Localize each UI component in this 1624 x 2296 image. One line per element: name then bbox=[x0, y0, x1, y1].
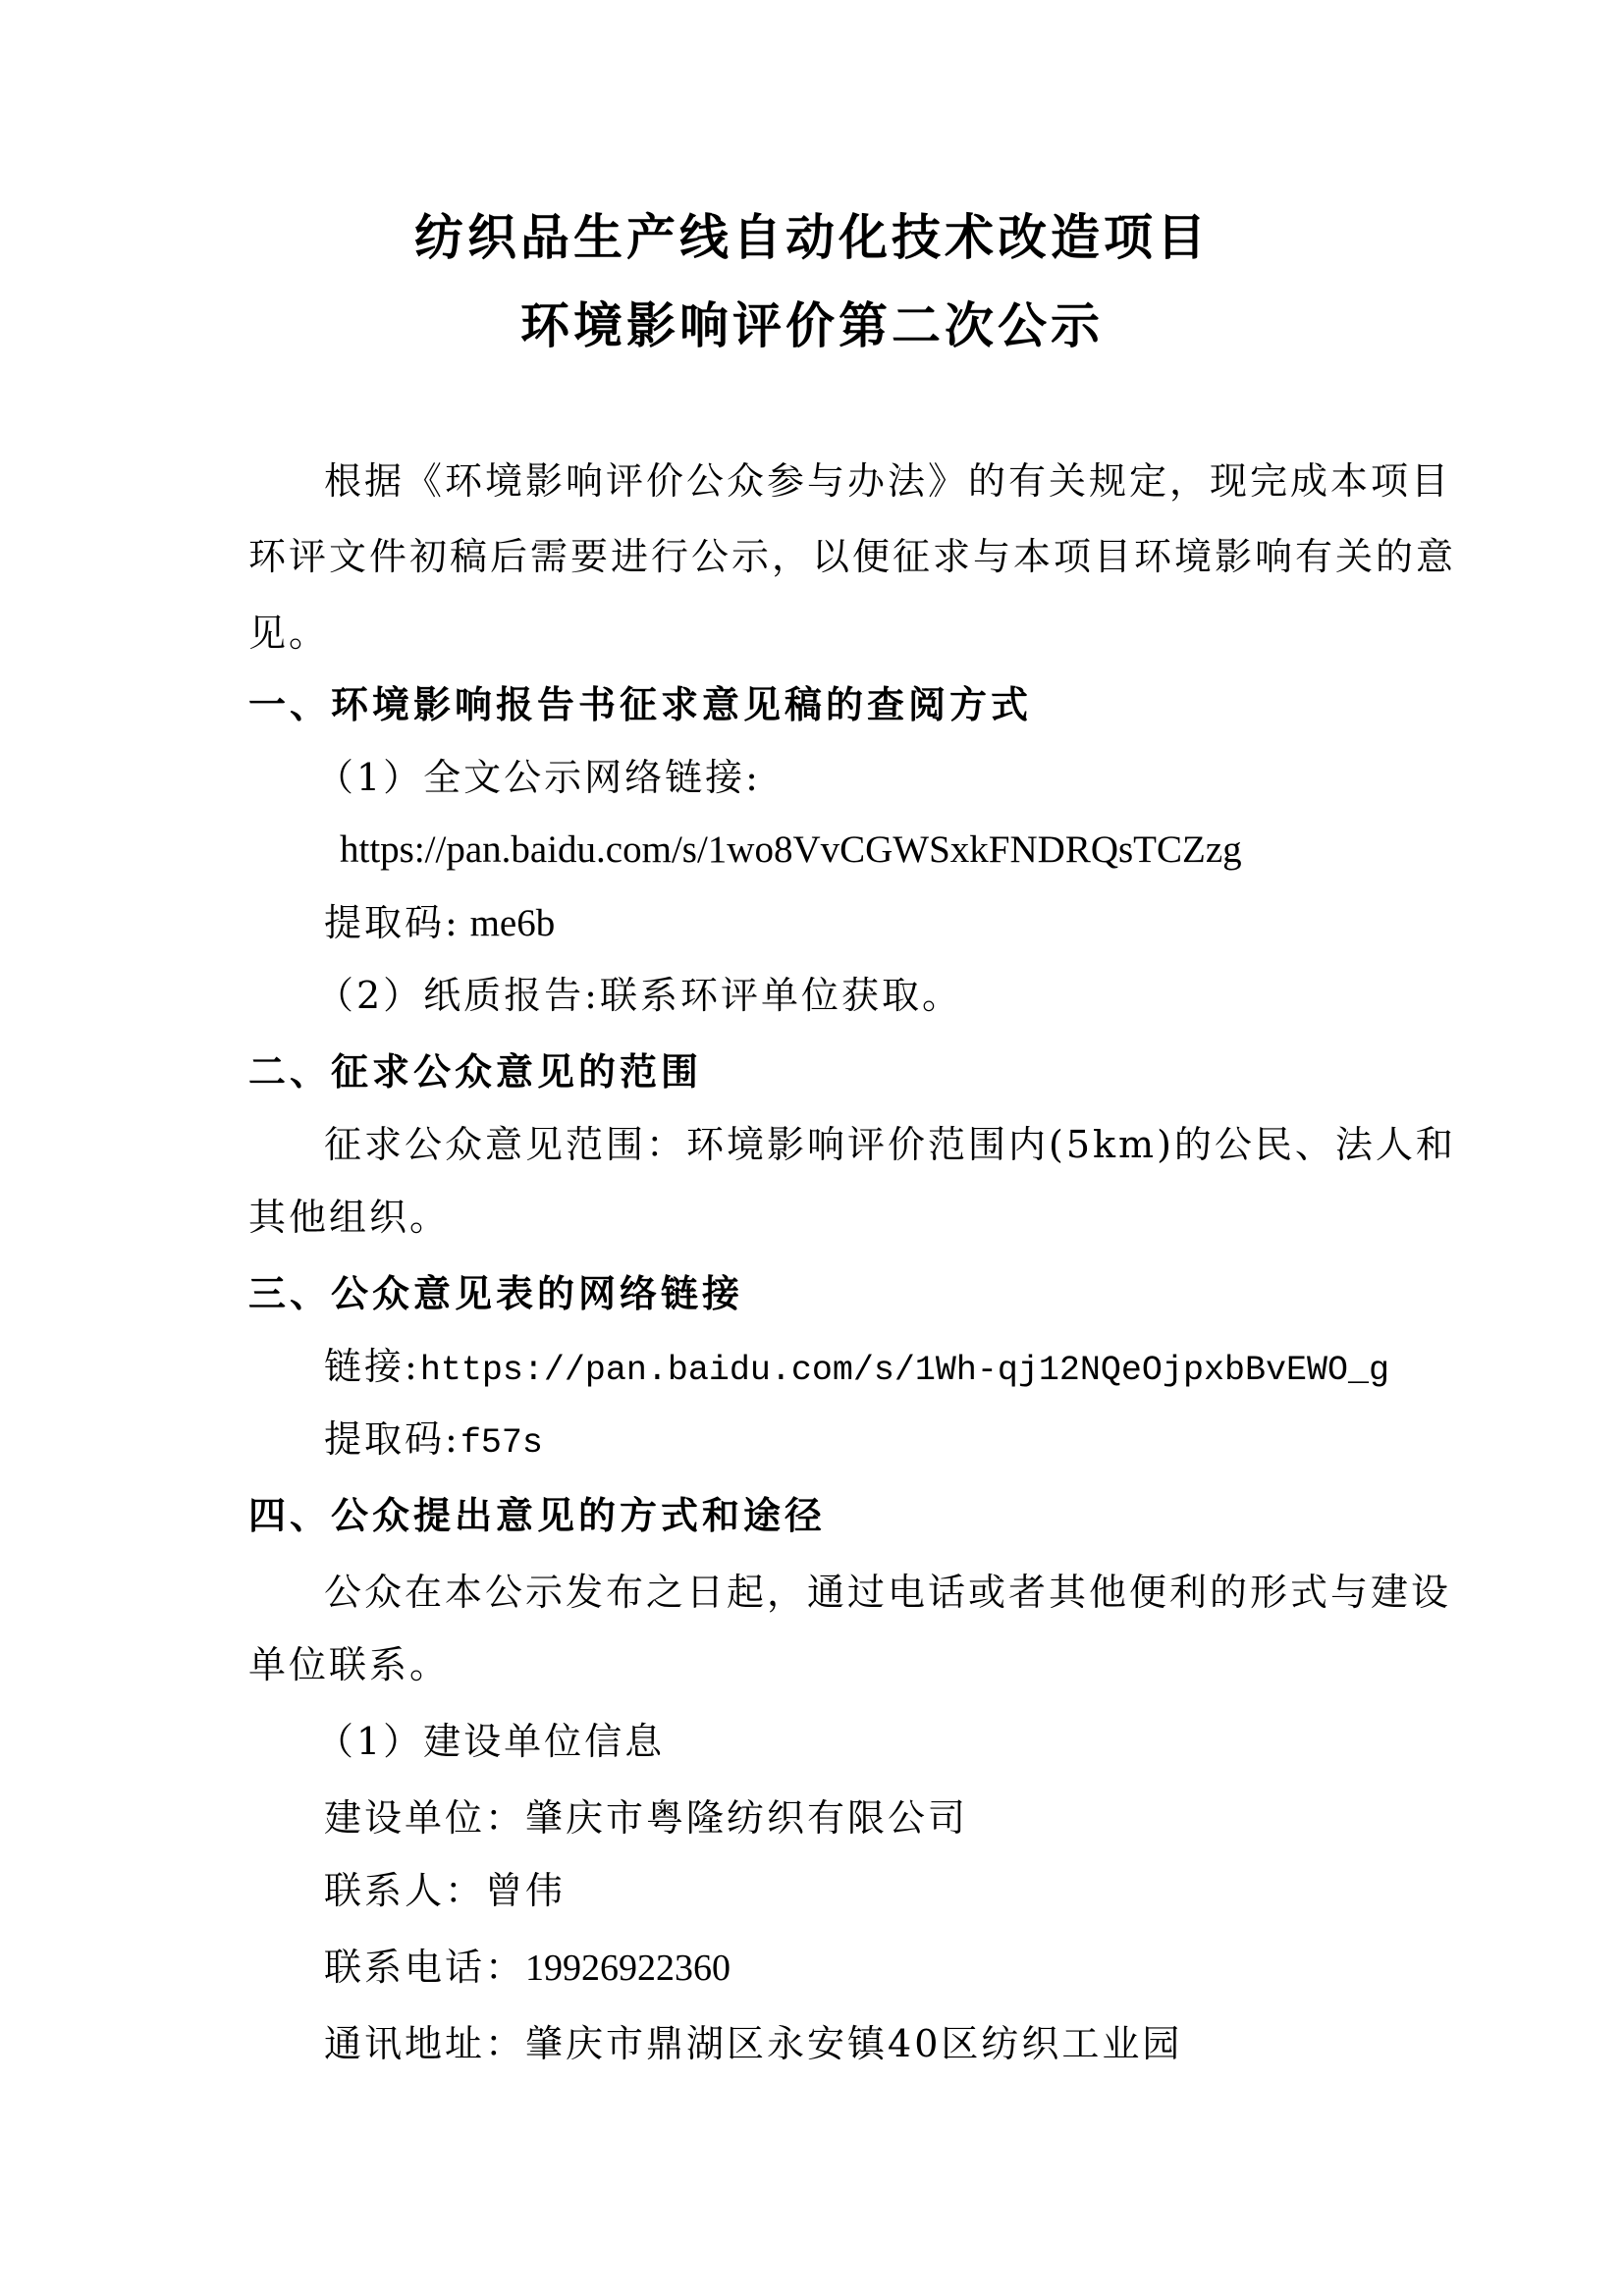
section1-heading: 一、环境影响报告书征求意见稿的查阅方式 bbox=[248, 681, 1032, 728]
section2-line1: 征求公众意见范围：环境影响评价范围内(5km)的公民、法人和 bbox=[324, 1121, 1456, 1168]
intro-line2: 环评文件初稿后需要进行公示，以便征求与本项目环境影响有关的意 bbox=[248, 533, 1456, 580]
extraction-code-value: f57s bbox=[460, 1423, 543, 1463]
construction-unit: 建设单位：肇庆市粤隆纺织有限公司 bbox=[324, 1794, 968, 1842]
section4-line2: 单位联系。 bbox=[248, 1641, 450, 1688]
construction-unit-value: 肇庆市粤隆纺织有限公司 bbox=[525, 1796, 968, 1840]
document-title-line1: 纺织品生产线自动化技术改造项目 bbox=[0, 208, 1624, 267]
opinion-form-link-line: 链接:https://pan.baidu.com/s/1Wh-qj12NQeOj… bbox=[324, 1343, 1389, 1394]
document-title-line2: 环境影响评价第二次公示 bbox=[0, 296, 1624, 355]
section2-line2: 其他组织。 bbox=[248, 1194, 450, 1241]
contact-person-label: 联系人： bbox=[324, 1869, 485, 1912]
opinion-form-extraction-code: 提取码:f57s bbox=[324, 1415, 543, 1467]
intro-line3: 见。 bbox=[248, 610, 329, 657]
contact-phone-value: 19926922360 bbox=[525, 1948, 731, 1989]
extraction-code-label: 提取码: bbox=[324, 901, 460, 944]
construction-unit-label: 建设单位： bbox=[324, 1796, 525, 1840]
extraction-code-value: me6b bbox=[460, 902, 555, 944]
mailing-address-label: 通讯地址： bbox=[324, 2022, 525, 2065]
opinion-form-link[interactable]: https://pan.baidu.com/s/1Wh-qj12NQeOjpxb… bbox=[420, 1351, 1389, 1390]
document-page: 纺织品生产线自动化技术改造项目 环境影响评价第二次公示 根据《环境影响评价公众参… bbox=[0, 0, 1624, 2296]
section4-heading: 四、公众提出意见的方式和途径 bbox=[248, 1492, 826, 1539]
mailing-address-value: 肇庆市鼎湖区永安镇40区纺织工业园 bbox=[525, 2022, 1182, 2065]
section2-heading: 二、征求公众意见的范围 bbox=[248, 1048, 702, 1095]
section3-heading: 三、公众意见表的网络链接 bbox=[248, 1270, 743, 1317]
extraction-code-label: 提取码: bbox=[324, 1417, 460, 1461]
link-label: 链接: bbox=[324, 1345, 420, 1388]
section1-item1-label: （1）全文公示网络链接: bbox=[316, 754, 761, 801]
mailing-address: 通讯地址：肇庆市鼎湖区永安镇40区纺织工业园 bbox=[324, 2020, 1182, 2067]
intro-line1: 根据《环境影响评价公众参与办法》的有关规定，现完成本项目 bbox=[324, 457, 1451, 505]
section4-sub-heading: （1）建设单位信息 bbox=[316, 1718, 665, 1765]
contact-phone-label: 联系电话： bbox=[324, 1946, 525, 1989]
section1-item2: （2）纸质报告:联系环评单位获取。 bbox=[316, 972, 962, 1019]
section4-line1: 公众在本公示发布之日起，通过电话或者其他便利的形式与建设 bbox=[324, 1569, 1451, 1616]
contact-person: 联系人：曾伟 bbox=[324, 1867, 566, 1914]
contact-phone: 联系电话：19926922360 bbox=[324, 1944, 731, 1992]
report-fulltext-link[interactable]: https://pan.baidu.com/s/1wo8VvCGWSxkFNDR… bbox=[340, 827, 1242, 874]
report-extraction-code: 提取码: me6b bbox=[324, 899, 555, 947]
contact-person-value: 曾伟 bbox=[485, 1869, 566, 1912]
